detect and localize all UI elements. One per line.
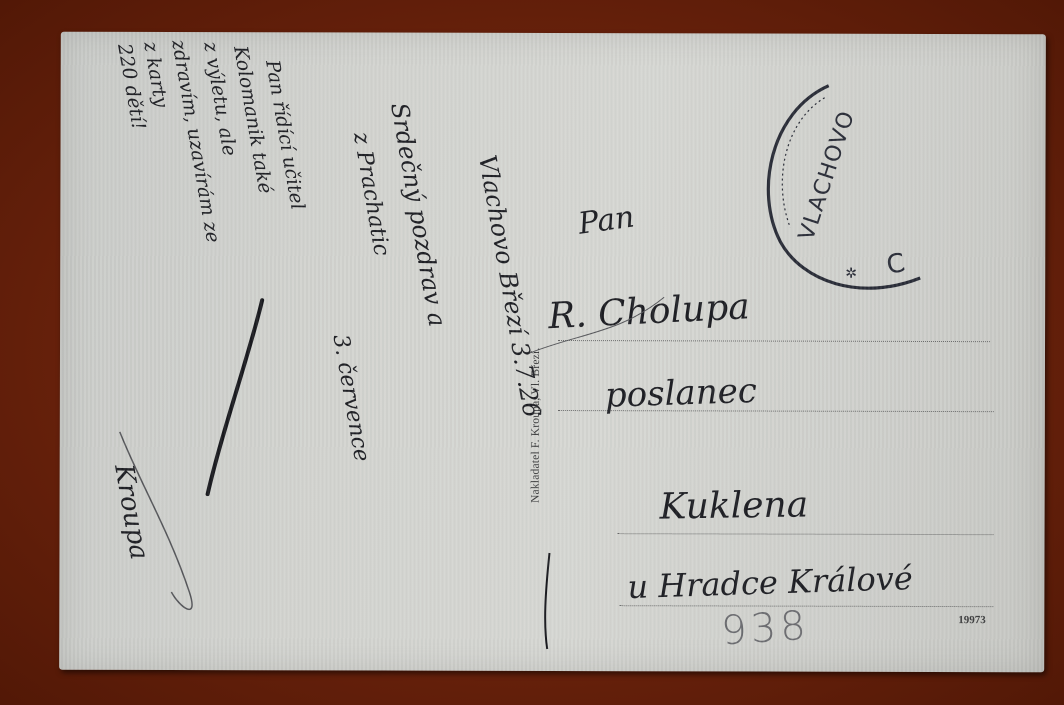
ink-strokes [59, 32, 1046, 673]
postcard: Nakladatel F. Kroupa, Vl. Březí. 19973 9… [59, 32, 1046, 673]
